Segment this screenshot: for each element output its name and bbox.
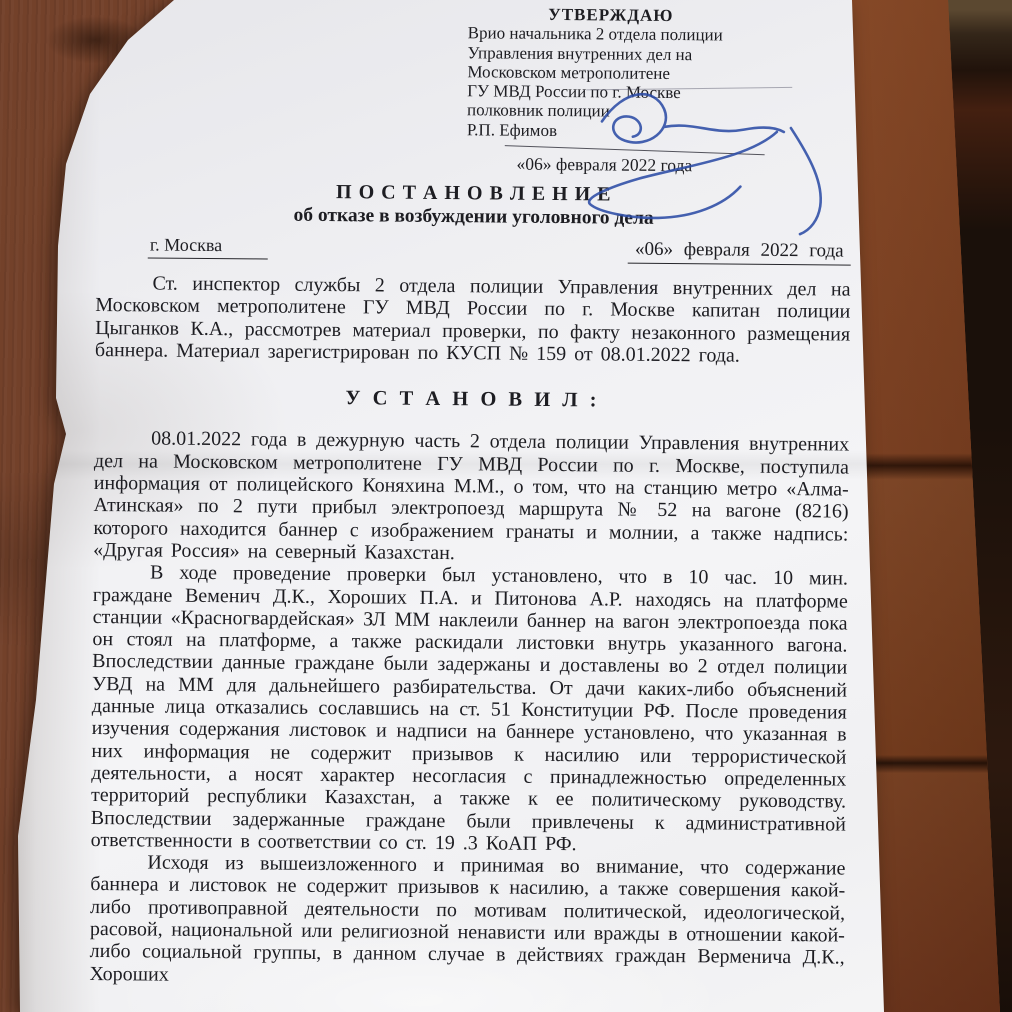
approval-line: Московском метрополитене xyxy=(467,62,753,84)
paper-sheet: УТВЕРЖДАЮ Врио начальника 2 отдела полиц… xyxy=(0,0,1012,1012)
approval-line: Управления внутренних дел на xyxy=(467,43,753,65)
approval-stamp-word: УТВЕРЖДАЮ xyxy=(468,4,754,26)
body-paragraph-3: Исходя из вышеизложенного и принимая во … xyxy=(89,851,845,991)
approval-line: Врио начальника 2 отдела полиции xyxy=(468,24,754,46)
place-label: г. Москва xyxy=(148,234,269,259)
body-paragraph-2: В ходе проведение проверки был установле… xyxy=(91,561,849,857)
body-paragraph-1: 08.01.2022 года в дежурную часть 2 отдел… xyxy=(93,427,849,567)
paper-shadow-wrap: УТВЕРЖДАЮ Врио начальника 2 отдела полиц… xyxy=(0,0,1012,1012)
section-heading: У С Т А Н О В И Л : xyxy=(94,385,849,414)
signature-scribble xyxy=(528,86,829,249)
document-content: УТВЕРЖДАЮ Врио начальника 2 отдела полиц… xyxy=(0,0,1012,1012)
document-body: Ст. инспектор службы 2 отдела полиции Уп… xyxy=(89,272,850,991)
intro-paragraph: Ст. инспектор службы 2 отдела полиции Уп… xyxy=(95,272,851,368)
photo-scene: УТВЕРЖДАЮ Врио начальника 2 отдела полиц… xyxy=(0,0,1012,1012)
